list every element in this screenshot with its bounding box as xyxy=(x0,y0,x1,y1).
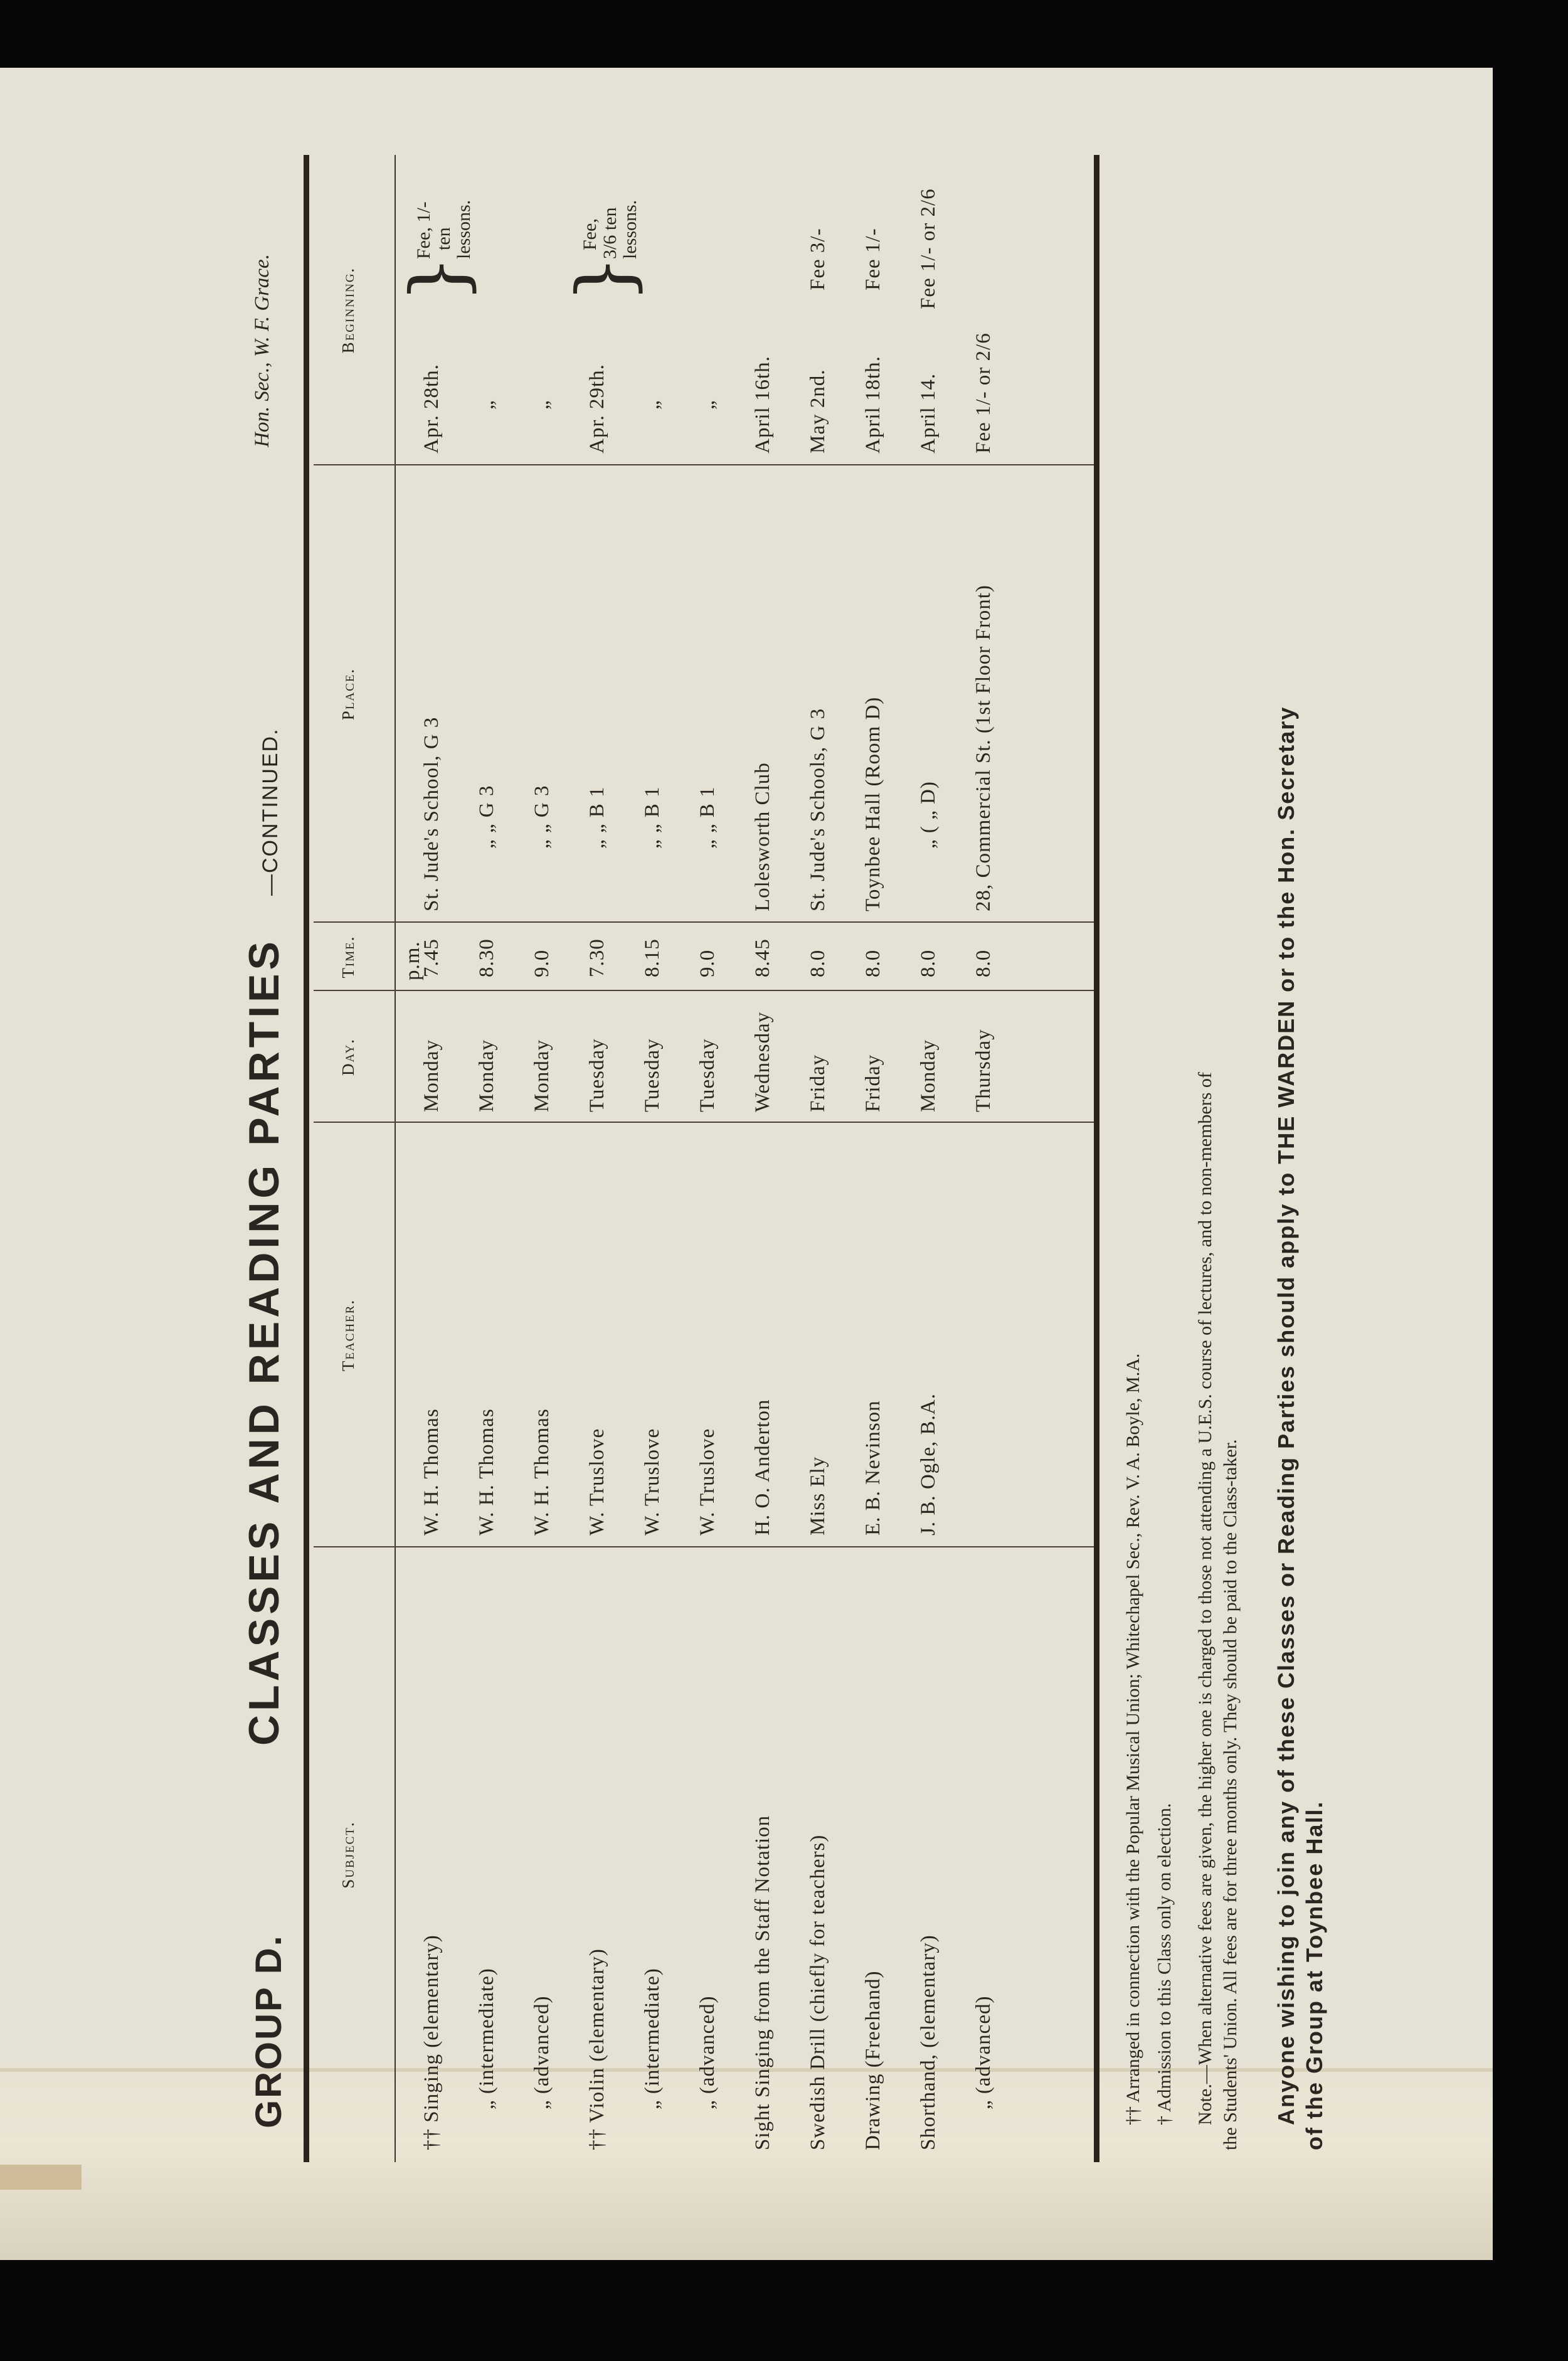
divider-place-beginning xyxy=(314,464,1094,465)
cell-time: 8.30 xyxy=(475,938,499,977)
note-line-2: the Students' Union. All fees are for th… xyxy=(1220,1439,1241,2150)
binding-tape xyxy=(0,2165,82,2190)
title-suffix: —CONTINUED. xyxy=(258,728,283,896)
cell-fee: Fee 1/- or 2/6 xyxy=(972,332,995,454)
cell-day: Thursday xyxy=(972,1029,995,1112)
bottom-rule xyxy=(1094,155,1099,2162)
cell-teacher: Miss Ely xyxy=(807,1456,830,1536)
cell-day: Friday xyxy=(807,1054,830,1112)
cell-time: 8.0 xyxy=(917,950,940,977)
cell-day: Monday xyxy=(420,1039,443,1112)
brace-icon: } xyxy=(401,255,477,303)
header-time: Time. xyxy=(339,923,358,991)
cell-day: Wednesday xyxy=(751,1012,775,1112)
cell-day: Tuesday xyxy=(696,1038,719,1112)
footnote-dagger: † Admission to this Class only on electi… xyxy=(1154,1803,1175,2125)
document-page: GROUP D. CLASSES AND READING PARTIES —CO… xyxy=(0,68,1493,2260)
cell-time: 8.0 xyxy=(862,950,885,977)
cell-time: 8.15 xyxy=(641,938,664,977)
cell-subject: †† Singing (elementary) xyxy=(420,1934,443,2150)
cell-beginning: April 14. xyxy=(917,373,940,454)
group-label: GROUP D. xyxy=(248,1934,290,2128)
cell-day: Monday xyxy=(531,1039,554,1112)
cell-teacher: J. B. Ogle, B.A. xyxy=(917,1393,940,1536)
cell-beginning: „ xyxy=(531,400,554,410)
header-beginning: Beginning. xyxy=(339,155,358,465)
cell-subject: Sight Singing from the Staff Notation xyxy=(751,1815,775,2150)
cell-beginning: May 2nd. xyxy=(807,369,830,454)
cell-place: „ „ B 1 xyxy=(641,786,664,849)
cell-place: „ „ B 1 xyxy=(586,786,609,849)
cell-teacher: W. H. Thomas xyxy=(475,1408,499,1536)
cell-day: Friday xyxy=(862,1054,885,1112)
cell-subject: „ (intermediate) xyxy=(475,1968,499,2109)
cell-place: Toynbee Hall (Room D) xyxy=(862,697,885,911)
cell-time: 8.0 xyxy=(807,950,830,977)
cell-teacher: W. H. Thomas xyxy=(420,1408,443,1536)
cell-time: 8.0 xyxy=(972,950,995,977)
cell-teacher: W. Truslove xyxy=(586,1428,609,1536)
cell-time: 9.0 xyxy=(531,950,554,977)
cta-line-1: Anyone wishing to join any of these Clas… xyxy=(1273,706,1300,2125)
hon-sec: Hon. Sec., W. F. Grace. xyxy=(251,254,274,447)
group-fee-singing: Fee, 1/- ten lessons. xyxy=(414,200,474,259)
cell-subject: „ (advanced) xyxy=(972,1996,995,2109)
brace-icon: } xyxy=(568,255,643,303)
divider-time-place xyxy=(314,921,1094,923)
cell-place: „ ( „ D) xyxy=(917,781,940,849)
header-rule xyxy=(395,155,396,2162)
group-fee-violin: Fee, 3/6 ten lessons. xyxy=(580,200,640,259)
cell-time: 8.45 xyxy=(751,938,775,977)
cell-teacher: H. O. Anderton xyxy=(751,1399,775,1536)
page-binding xyxy=(0,2066,1493,2260)
cell-teacher: W. Truslove xyxy=(696,1428,719,1536)
cell-subject: †† Violin (elementary) xyxy=(586,1948,609,2150)
cell-day: Monday xyxy=(475,1039,499,1112)
divider-day-time xyxy=(314,990,1094,991)
cell-beginning: April 18th. xyxy=(862,356,885,454)
cell-place: Lolesworth Club xyxy=(751,762,775,911)
top-rule xyxy=(304,155,309,2162)
cell-place: „ „ B 1 xyxy=(696,786,719,849)
cell-subject: „ (advanced) xyxy=(531,1996,554,2109)
header-teacher: Teacher. xyxy=(339,1123,358,1547)
divider-subject-teacher xyxy=(314,1546,1094,1547)
cell-beginning: „ xyxy=(696,400,719,410)
cell-subject: „ (advanced) xyxy=(696,1996,719,2109)
cell-time: 7.30 xyxy=(586,938,609,977)
cell-beginning: Apr. 29th. xyxy=(586,364,609,454)
cell-subject: Swedish Drill (chiefly for teachers) xyxy=(807,1835,830,2150)
header-day: Day. xyxy=(339,991,358,1123)
cell-beginning: „ xyxy=(475,400,499,410)
cell-beginning: Apr. 28th. xyxy=(420,364,443,454)
cell-place: 28, Commercial St. (1st Floor Front) xyxy=(972,585,995,911)
cell-time: 9.0 xyxy=(696,950,719,977)
cell-teacher: E. B. Nevinson xyxy=(862,1400,885,1536)
cell-place: „ „ G 3 xyxy=(531,785,554,849)
cell-fee: Fee 1/- or 2/6 xyxy=(917,188,940,309)
cell-teacher: W. H. Thomas xyxy=(531,1408,554,1536)
cell-fee: Fee 3/- xyxy=(807,228,830,290)
cell-day: Monday xyxy=(917,1039,940,1112)
header-place: Place. xyxy=(339,465,358,923)
cell-place: St. Jude's Schools, G 3 xyxy=(807,708,830,911)
cell-day: Tuesday xyxy=(586,1038,609,1112)
cell-place: St. Jude's School, G 3 xyxy=(420,717,443,911)
cell-subject: Shorthand, (elementary) xyxy=(917,1934,940,2150)
rotated-document-stage: GROUP D. CLASSES AND READING PARTIES —CO… xyxy=(0,0,1568,2361)
cell-day: Tuesday xyxy=(641,1038,664,1112)
cell-teacher: W. Truslove xyxy=(641,1428,664,1536)
cell-place: „ „ G 3 xyxy=(475,785,499,849)
binding-edge xyxy=(0,2068,1493,2072)
cell-subject: „ (intermediate) xyxy=(641,1968,664,2109)
cell-fee: Fee 1/- xyxy=(862,228,885,290)
cell-time: 7.45 xyxy=(420,938,443,977)
cell-subject: Drawing (Freehand) xyxy=(862,1971,885,2150)
footnote-double-dagger: †† Arranged in connection with the Popul… xyxy=(1123,1354,1144,2125)
cell-beginning: „ xyxy=(641,400,664,410)
divider-teacher-day xyxy=(314,1122,1094,1123)
cta-line-2: of the Group at Toynbee Hall. xyxy=(1301,1801,1328,2150)
page-title: CLASSES AND READING PARTIES xyxy=(240,938,289,1746)
header-subject: Subject. xyxy=(339,1547,358,2162)
cell-beginning: April 16th. xyxy=(751,356,775,454)
note-line-1: Note.—When alternative fees are given, t… xyxy=(1195,1072,1216,2125)
